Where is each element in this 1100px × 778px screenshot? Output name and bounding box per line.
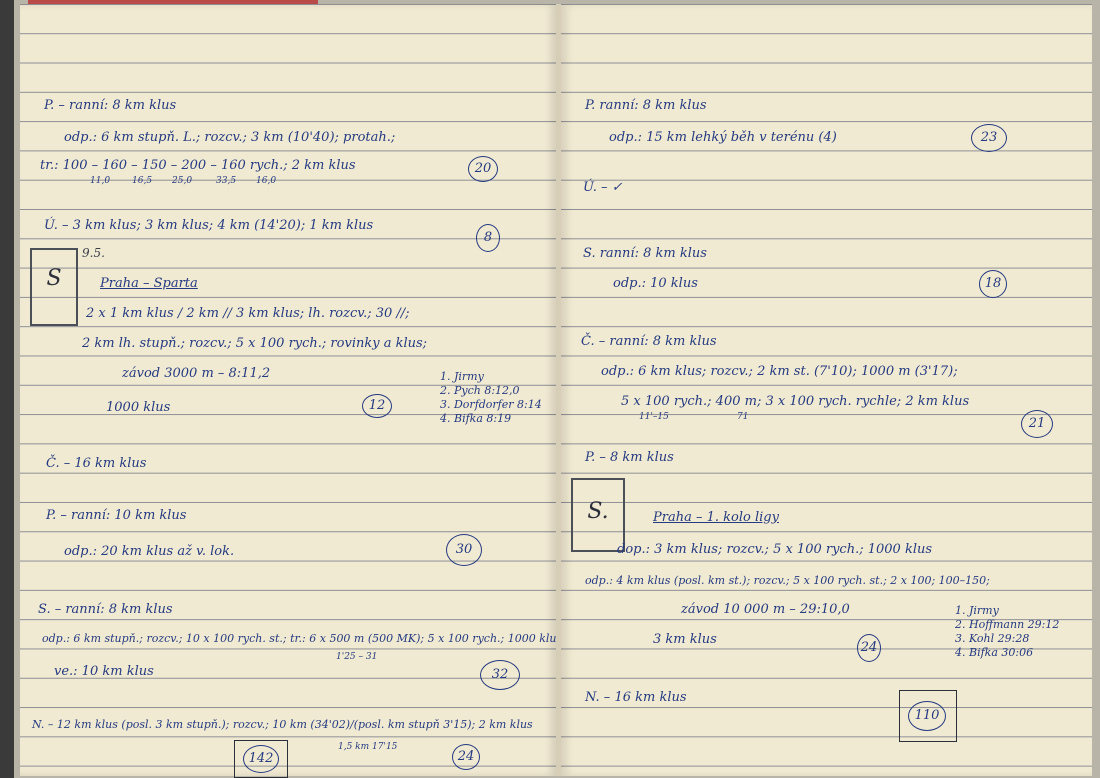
weekly-total-circle: 110 xyxy=(908,701,946,731)
entry-line: tr.: 100 – 160 – 150 – 200 – 160 rych.; … xyxy=(40,158,356,173)
weekly-total-box: 142 xyxy=(234,740,288,778)
race-result: 3. Kohl 29:28 xyxy=(955,632,1029,645)
entry-line: odp.: 6 km stupň.; rozcv.; 10 x 100 rych… xyxy=(42,632,562,645)
entry-line: P. – 8 km klus xyxy=(585,450,674,465)
split: 11'–15 xyxy=(639,412,669,422)
split: 71 xyxy=(737,412,748,422)
entry-line: P. – ranní: 10 km klus xyxy=(46,508,186,523)
entry-line: 3 km klus xyxy=(653,632,717,647)
race-result: 4. Bifka 30:06 xyxy=(955,646,1033,659)
daily-total-circle: 32 xyxy=(480,660,520,690)
right-page: P. ranní: 8 km klus odp.: 15 km lehký bě… xyxy=(561,4,1092,776)
split: 16,0 xyxy=(256,176,276,186)
race-day-letter: S xyxy=(46,266,61,291)
entry-line: P. – ranní: 8 km klus xyxy=(44,98,176,113)
entry-line: odp.: 10 klus xyxy=(613,276,698,291)
race-date: 9.5. xyxy=(82,246,105,260)
entry-line: Ú. – ✓ xyxy=(583,180,623,195)
race-title: Praha – Sparta xyxy=(100,276,198,291)
split: 11,0 xyxy=(90,176,110,186)
race-day-box: S xyxy=(30,248,78,326)
entry-line: 2 x 1 km klus / 2 km // 3 km klus; lh. r… xyxy=(86,306,410,321)
split: 1'25 – 31 xyxy=(336,652,377,662)
entry-line: Č. – 16 km klus xyxy=(46,456,146,471)
daily-total-circle: 23 xyxy=(971,124,1007,152)
race-day-letter: S. xyxy=(587,499,608,524)
left-page: P. – ranní: 8 km klus odp.: 6 km stupň. … xyxy=(20,4,557,776)
entry-line: Ú. – 3 km klus; 3 km klus; 4 km (14'20);… xyxy=(44,218,373,233)
entry-line: S. ranní: 8 km klus xyxy=(583,246,707,261)
entry-line: odp.: 6 km stupň. L.; rozcv.; 3 km (10'4… xyxy=(64,130,395,145)
split: 16,5 xyxy=(132,176,152,186)
entry-line: odp.: 6 km klus; rozcv.; 2 km st. (7'10)… xyxy=(601,364,958,379)
entry-line: 1000 klus xyxy=(106,400,170,415)
daily-total-circle: 24 xyxy=(857,634,881,662)
entry-line: Č. – ranní: 8 km klus xyxy=(581,334,717,349)
race-result: 2. Hoffmann 29:12 xyxy=(955,618,1059,631)
entry-line: S. – ranní: 8 km klus xyxy=(38,602,173,617)
entry-line: odp.: 15 km lehký běh v terénu (4) xyxy=(609,130,837,145)
entry-line: 2 km lh. stupň.; rozcv.; 5 x 100 rych.; … xyxy=(82,336,427,351)
entry-line: závod 3000 m – 8:11,2 xyxy=(122,366,270,381)
split: 1,5 km 17'15 xyxy=(338,742,397,752)
weekly-total-circle: 142 xyxy=(243,745,279,773)
weekly-total-box: 110 xyxy=(899,690,957,742)
split: 33,5 xyxy=(216,176,236,186)
daily-total-circle: 24 xyxy=(452,744,480,770)
entry-line: P. ranní: 8 km klus xyxy=(585,98,707,113)
entry-line: odp.: 4 km klus (posl. km st.); rozcv.; … xyxy=(585,574,990,587)
race-day-box: S. xyxy=(571,478,625,552)
entry-line: N. – 12 km klus (posl. 3 km stupň.); roz… xyxy=(32,718,533,731)
daily-total-circle: 21 xyxy=(1021,410,1053,438)
entry-line: 5 x 100 rych.; 400 m; 3 x 100 rych. rych… xyxy=(621,394,969,409)
entry-line: odp.: 20 km klus až v. lok. xyxy=(64,544,234,559)
entry-line: závod 10 000 m – 29:10,0 xyxy=(681,602,850,617)
race-title: Praha – 1. kolo ligy xyxy=(653,510,779,525)
entry-line: dop.: 3 km klus; rozcv.; 5 x 100 rych.; … xyxy=(617,542,932,557)
entry-line: ve.: 10 km klus xyxy=(54,664,154,679)
daily-total-circle: 30 xyxy=(446,534,482,566)
race-result: 1. Jirmy xyxy=(955,604,999,617)
entry-line: N. – 16 km klus xyxy=(585,690,687,705)
daily-total-circle: 18 xyxy=(979,270,1007,298)
daily-total-circle: 20 xyxy=(468,156,498,182)
split: 25,0 xyxy=(172,176,192,186)
race-result: 4. Bifka 8:19 xyxy=(440,412,511,425)
race-result: 1. Jirmy xyxy=(440,370,484,383)
race-result: 2. Pych 8:12,0 xyxy=(440,384,520,397)
race-result: 3. Dorfdorfer 8:14 xyxy=(440,398,542,411)
daily-total-circle: 8 xyxy=(476,224,500,252)
daily-total-circle: 12 xyxy=(362,394,392,418)
